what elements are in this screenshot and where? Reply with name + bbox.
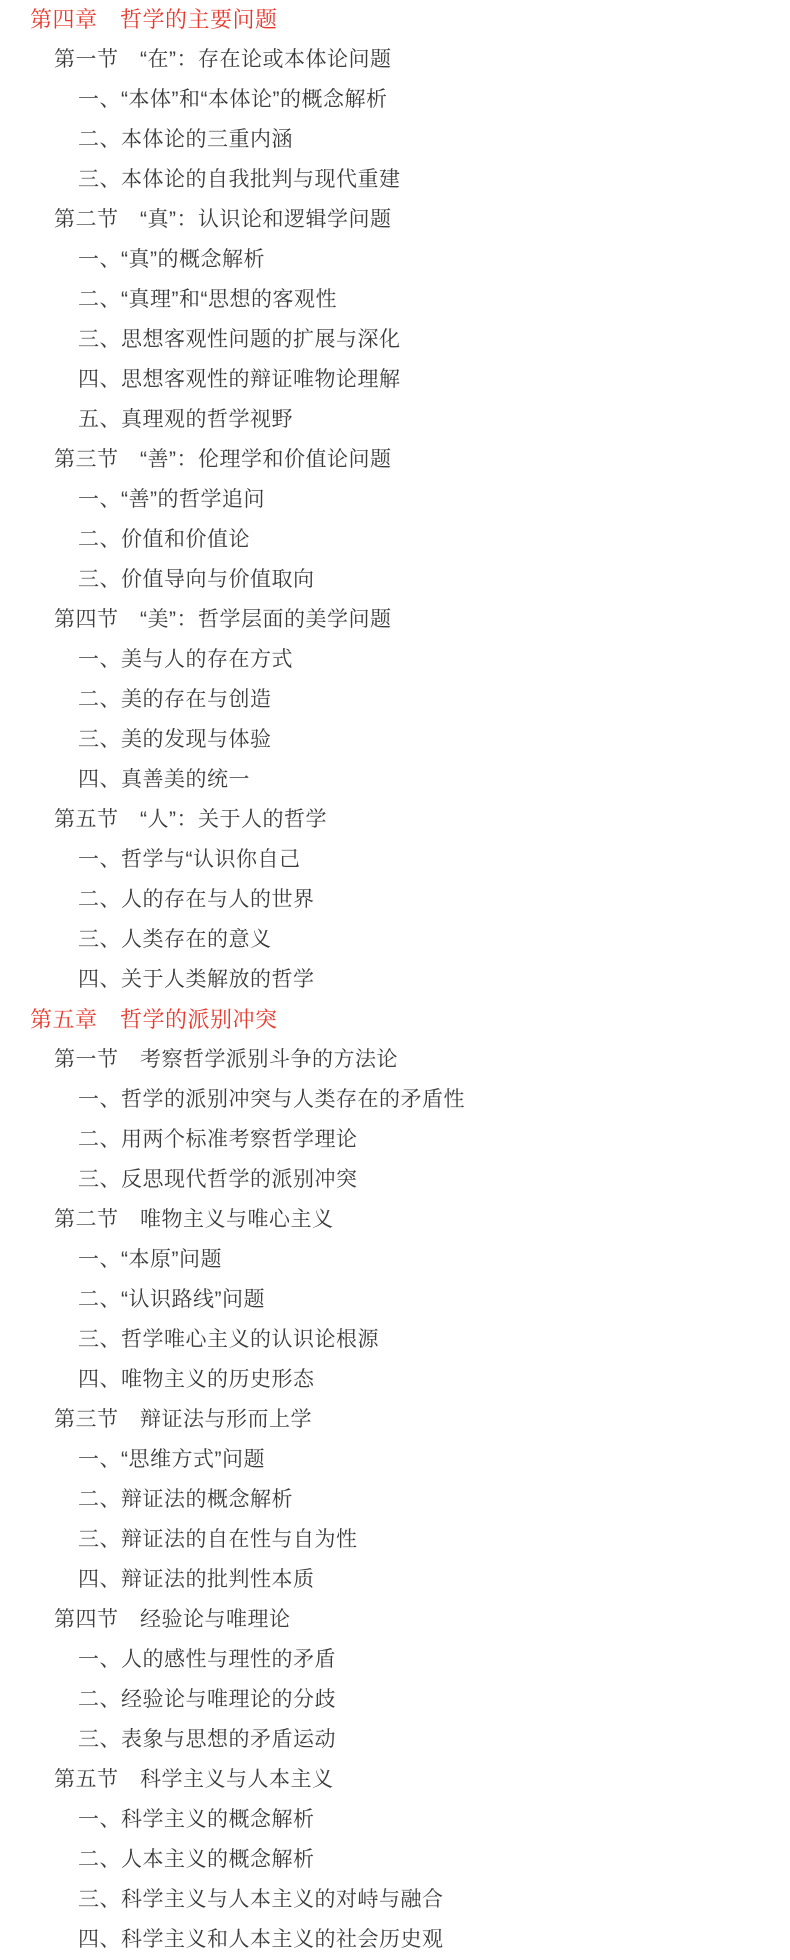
toc-subsection-line: 一、“善”的哲学追问 bbox=[78, 480, 790, 520]
toc-subsection-line: 四、思想客观性的辩证唯物论理解 bbox=[78, 360, 790, 400]
toc-subsection-line: 三、反思现代哲学的派别冲突 bbox=[78, 1160, 790, 1200]
toc-subsection-line: 一、人的感性与理性的矛盾 bbox=[78, 1640, 790, 1680]
toc-section-line: 第一节 “在”：存在论或本体论问题 bbox=[54, 40, 790, 80]
toc-section-line: 第二节 “真”：认识论和逻辑学问题 bbox=[54, 200, 790, 240]
toc-subsection-line: 四、关于人类解放的哲学 bbox=[78, 960, 790, 1000]
toc-subsection-line: 一、“本原”问题 bbox=[78, 1240, 790, 1280]
toc-subsection-line: 二、美的存在与创造 bbox=[78, 680, 790, 720]
toc-subsection-line: 三、本体论的自我批判与现代重建 bbox=[78, 160, 790, 200]
toc-section-line: 第四节 经验论与唯理论 bbox=[54, 1600, 790, 1640]
toc-subsection-line: 二、经验论与唯理论的分歧 bbox=[78, 1680, 790, 1720]
toc-subsection-line: 五、真理观的哲学视野 bbox=[78, 400, 790, 440]
toc-subsection-line: 二、辩证法的概念解析 bbox=[78, 1480, 790, 1520]
toc-chapter-line: 第四章 哲学的主要问题 bbox=[30, 0, 790, 40]
toc-section-line: 第四节 “美”：哲学层面的美学问题 bbox=[54, 600, 790, 640]
toc-subsection-line: 四、唯物主义的历史形态 bbox=[78, 1360, 790, 1400]
toc-subsection-line: 一、“本体”和“本体论”的概念解析 bbox=[78, 80, 790, 120]
toc-subsection-line: 四、辩证法的批判性本质 bbox=[78, 1560, 790, 1600]
toc-subsection-line: 二、本体论的三重内涵 bbox=[78, 120, 790, 160]
toc-subsection-line: 一、“真”的概念解析 bbox=[78, 240, 790, 280]
toc-section-line: 第五节 “人”：关于人的哲学 bbox=[54, 800, 790, 840]
toc-subsection-line: 四、科学主义和人本主义的社会历史观 bbox=[78, 1920, 790, 1960]
toc-subsection-line: 二、价值和价值论 bbox=[78, 520, 790, 560]
toc-page: 第四章 哲学的主要问题第一节 “在”：存在论或本体论问题一、“本体”和“本体论”… bbox=[0, 0, 790, 1960]
toc-subsection-line: 二、人本主义的概念解析 bbox=[78, 1840, 790, 1880]
toc-subsection-line: 四、真善美的统一 bbox=[78, 760, 790, 800]
toc-subsection-line: 三、思想客观性问题的扩展与深化 bbox=[78, 320, 790, 360]
toc-section-line: 第二节 唯物主义与唯心主义 bbox=[54, 1200, 790, 1240]
toc-section-line: 第三节 辩证法与形而上学 bbox=[54, 1400, 790, 1440]
toc-section-line: 第五节 科学主义与人本主义 bbox=[54, 1760, 790, 1800]
toc-subsection-line: 三、表象与思想的矛盾运动 bbox=[78, 1720, 790, 1760]
toc-subsection-line: 二、用两个标准考察哲学理论 bbox=[78, 1120, 790, 1160]
toc-subsection-line: 三、科学主义与人本主义的对峙与融合 bbox=[78, 1880, 790, 1920]
toc-section-line: 第三节 “善”：伦理学和价值论问题 bbox=[54, 440, 790, 480]
toc-subsection-line: 一、科学主义的概念解析 bbox=[78, 1800, 790, 1840]
toc-subsection-line: 三、价值导向与价值取向 bbox=[78, 560, 790, 600]
toc-list: 第四章 哲学的主要问题第一节 “在”：存在论或本体论问题一、“本体”和“本体论”… bbox=[0, 0, 790, 1960]
toc-subsection-line: 三、美的发现与体验 bbox=[78, 720, 790, 760]
toc-subsection-line: 三、哲学唯心主义的认识论根源 bbox=[78, 1320, 790, 1360]
toc-subsection-line: 二、人的存在与人的世界 bbox=[78, 880, 790, 920]
toc-subsection-line: 一、“思维方式”问题 bbox=[78, 1440, 790, 1480]
toc-subsection-line: 三、人类存在的意义 bbox=[78, 920, 790, 960]
toc-chapter-line: 第五章 哲学的派别冲突 bbox=[30, 1000, 790, 1040]
toc-subsection-line: 二、“认识路线”问题 bbox=[78, 1280, 790, 1320]
toc-subsection-line: 一、美与人的存在方式 bbox=[78, 640, 790, 680]
toc-section-line: 第一节 考察哲学派别斗争的方法论 bbox=[54, 1040, 790, 1080]
toc-subsection-line: 三、辩证法的自在性与自为性 bbox=[78, 1520, 790, 1560]
toc-subsection-line: 一、哲学的派别冲突与人类存在的矛盾性 bbox=[78, 1080, 790, 1120]
toc-subsection-line: 一、哲学与“认识你自己 bbox=[78, 840, 790, 880]
toc-subsection-line: 二、“真理”和“思想的客观性 bbox=[78, 280, 790, 320]
